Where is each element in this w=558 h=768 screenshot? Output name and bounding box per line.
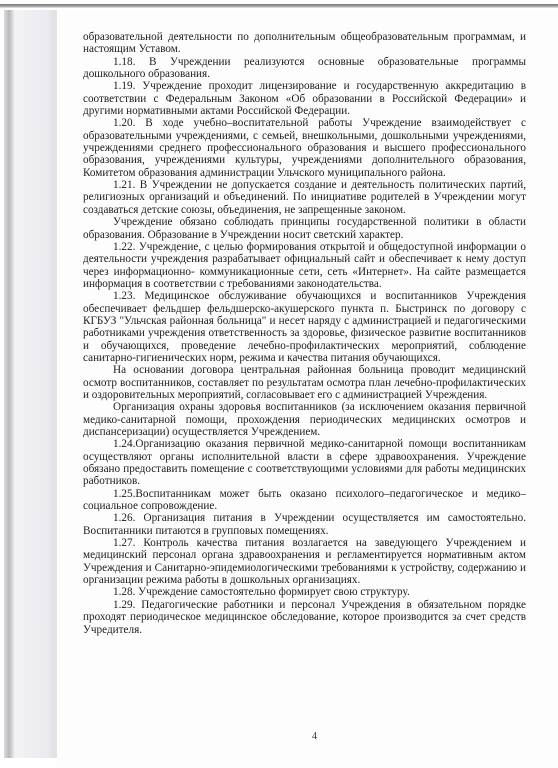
paragraph-1-20: 1.20. В ходе учебно–воспитательной работ…	[83, 117, 526, 179]
paragraph-1-19: 1.19. Учреждение проходит лицензирование…	[83, 80, 526, 117]
paragraph-1-28: 1.28. Учреждение самостоятельно формируе…	[83, 586, 526, 598]
paragraph-1-24: 1.24.Организацию оказания первичной меди…	[83, 438, 526, 487]
paragraph-state-policy: Учреждение обязано соблюдать принципы го…	[83, 216, 526, 241]
paragraph-1-18: 1.18. В Учреждении реализуются основные …	[83, 56, 526, 81]
scan-page-shadow	[14, 10, 56, 758]
paragraph-1-21: 1.21. В Учреждении не допускается создан…	[83, 179, 526, 216]
document-body: образовательной деятельности по дополнит…	[83, 31, 526, 636]
scan-top-edge	[0, 4, 558, 8]
paragraph-1-27: 1.27. Контроль качества питания возлагае…	[83, 537, 526, 586]
paragraph-1-26: 1.26. Организация питания в Учреждении о…	[83, 512, 526, 537]
paragraph-continuation: образовательной деятельности по дополнит…	[83, 31, 526, 56]
paragraph-1-29: 1.29. Педагогические работники и персона…	[83, 599, 526, 636]
paragraph-1-23: 1.23. Медицинское обслуживание обучающих…	[83, 290, 526, 364]
scan-left-edge	[4, 10, 14, 758]
page-number: 4	[312, 731, 317, 742]
paragraph-1-25: 1.25.Воспитанникам может быть оказано пс…	[83, 488, 526, 513]
paragraph-1-22: 1.22. Учреждение, с целью формирования о…	[83, 241, 526, 290]
paragraph-health-protection: Организация охраны здоровья воспитаннико…	[83, 401, 526, 438]
paragraph-medical-contract: На основании договора центральная районн…	[83, 364, 526, 401]
